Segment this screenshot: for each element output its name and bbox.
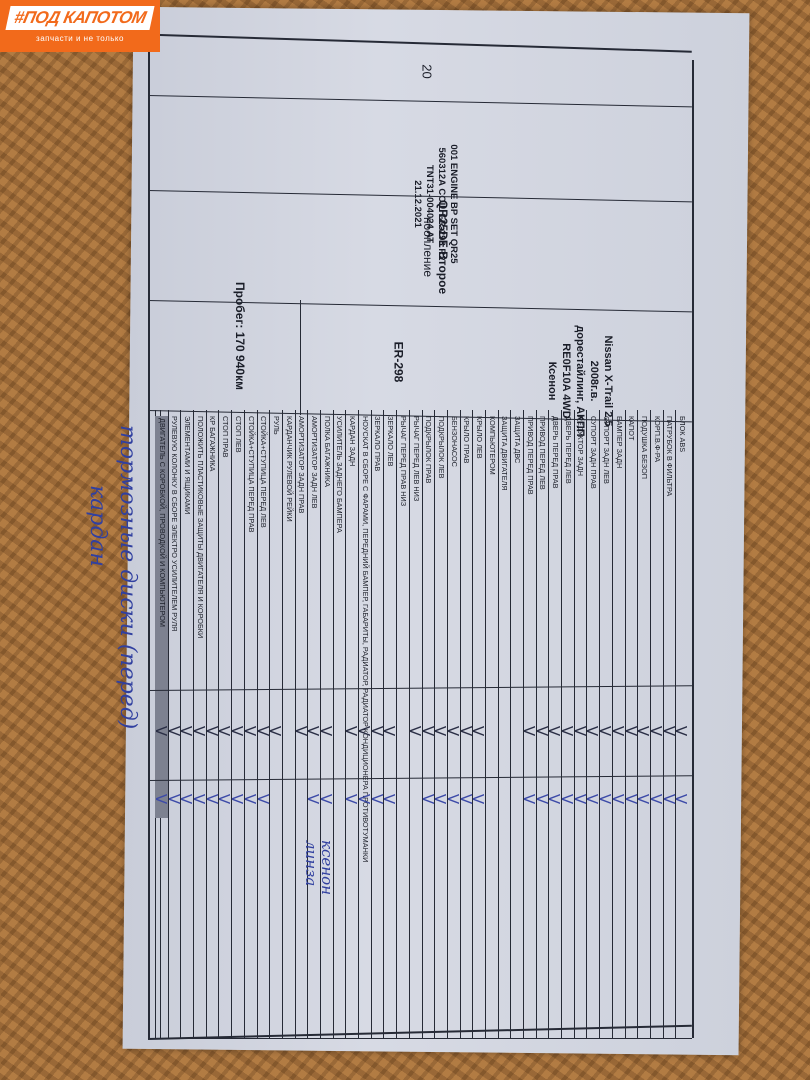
paper-sheet [123, 7, 750, 1055]
brand-logo: #ПОД КАПОТОМ запчасти и не только [0, 0, 160, 52]
logo-subtitle: запчасти и не только [8, 34, 152, 43]
logo-title: #ПОД КАПОТОМ [5, 6, 154, 30]
